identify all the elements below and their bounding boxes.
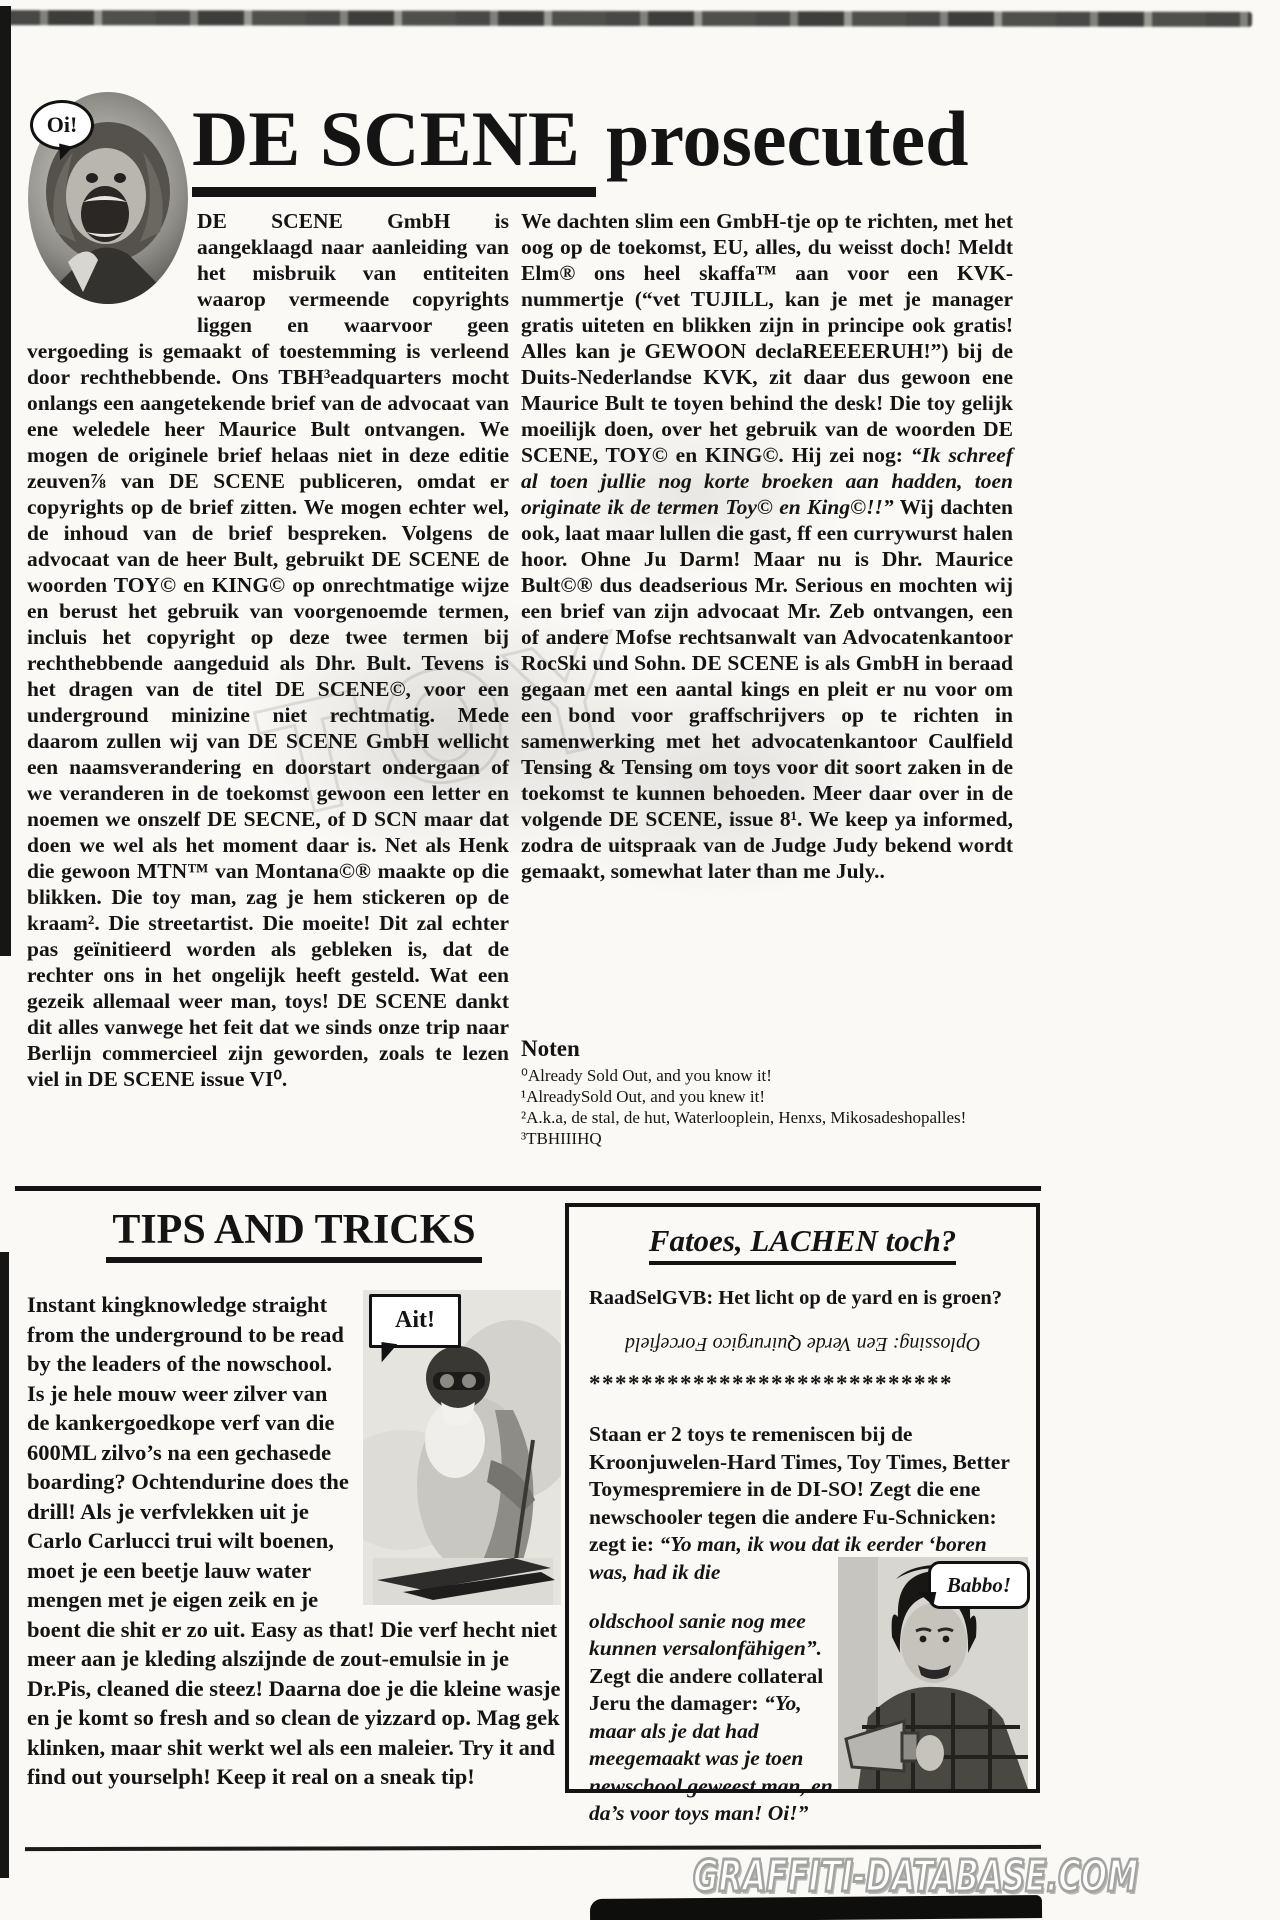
image-wrap-spacer <box>27 208 197 314</box>
asterisk-divider: **************************** <box>589 1371 1016 1397</box>
footnote-1: ¹AlreadySold Out, and you knew it! <box>521 1086 1021 1107</box>
article-column-right-text: We dachten slim een GmbH-tje op te richt… <box>521 208 1013 884</box>
scan-artifact-top-strip <box>6 10 1252 27</box>
fatoes-heading: Fatoes, LACHEN toch? <box>589 1223 1016 1259</box>
page-title-rest: prosecuted <box>606 95 969 182</box>
fatoes-heading-text: Fatoes, LACHEN toch? <box>649 1223 956 1265</box>
footnote-2: ²A.k.a, de stal, de hut, Waterlooplein, … <box>521 1107 1021 1128</box>
article-column-right: We dachten slim een GmbH-tje op te richt… <box>521 208 1013 884</box>
speech-bubble-babbo-text: Babbo! <box>947 1573 1011 1598</box>
fatoes-solution-text: Oplossing: Een Verde Quirurgico Forcefie… <box>625 1332 981 1355</box>
fatoes-para2-italic1: oldschool sanie nog mee kunnen versalonf… <box>589 1609 822 1661</box>
article-column-left-text: DE SCENE GmbH is aangeklaagd naar aanlei… <box>27 208 509 1092</box>
speech-bubble-ait-text: Ait! <box>395 1306 435 1336</box>
tips-section-heading: TIPS AND TRICKS <box>27 1206 561 1254</box>
speech-bubble-oi-text: Oi! <box>47 112 78 138</box>
tips-section-heading-text: TIPS AND TRICKS <box>106 1207 481 1263</box>
site-watermark: GRAFFITI-DATABASE.COM <box>693 1852 1138 1902</box>
fatoes-box: Fatoes, LACHEN toch? RaadSelGVB: Het lic… <box>565 1203 1040 1793</box>
section-divider-rule <box>15 1186 1041 1191</box>
col2-text-pre: We dachten slim een GmbH-tje op te richt… <box>521 209 1013 467</box>
scan-artifact-left-edge-upper <box>0 6 11 956</box>
page-title: DE SCENEprosecuted <box>192 100 969 178</box>
bottom-rule <box>25 1845 1041 1851</box>
speech-bubble-babbo: Babbo! <box>928 1561 1030 1609</box>
footnote-3: ³TBHIIIHQ <box>521 1128 1021 1149</box>
footnotes-heading: Noten <box>521 1036 1021 1062</box>
tips-article: Ait! Instant kingknowledge straight from… <box>27 1290 561 1792</box>
scan-artifact-left-edge-lower <box>0 1252 9 1878</box>
col2-text-post: Wij dachten ook, laat maar lullen die ga… <box>521 495 1013 883</box>
page-title-underlined: DE SCENE <box>192 95 596 197</box>
fatoes-paragraph-bottom: oldschool sanie nog mee kunnen versalonf… <box>589 1608 841 1828</box>
footnote-0: ⁰Already Sold Out, and you know it! <box>521 1065 1021 1086</box>
speech-bubble-oi: Oi! <box>30 100 94 150</box>
snowman-skier-photo: Ait! <box>363 1290 561 1605</box>
article-column-left: DE SCENE GmbH is aangeklaagd naar aanlei… <box>27 208 509 1092</box>
fatoes-solution-upside-down: Oplossing: Een Verde Quirurgico Forcefie… <box>589 1332 1016 1355</box>
speech-bubble-ait: Ait! <box>369 1294 461 1348</box>
footnotes: Noten ⁰Already Sold Out, and you know it… <box>521 1036 1021 1149</box>
man-with-megaphone-photo: Babbo! <box>838 1557 1028 1789</box>
fatoes-riddle: RaadSelGVB: Het licht op de yard en is g… <box>589 1287 1016 1310</box>
